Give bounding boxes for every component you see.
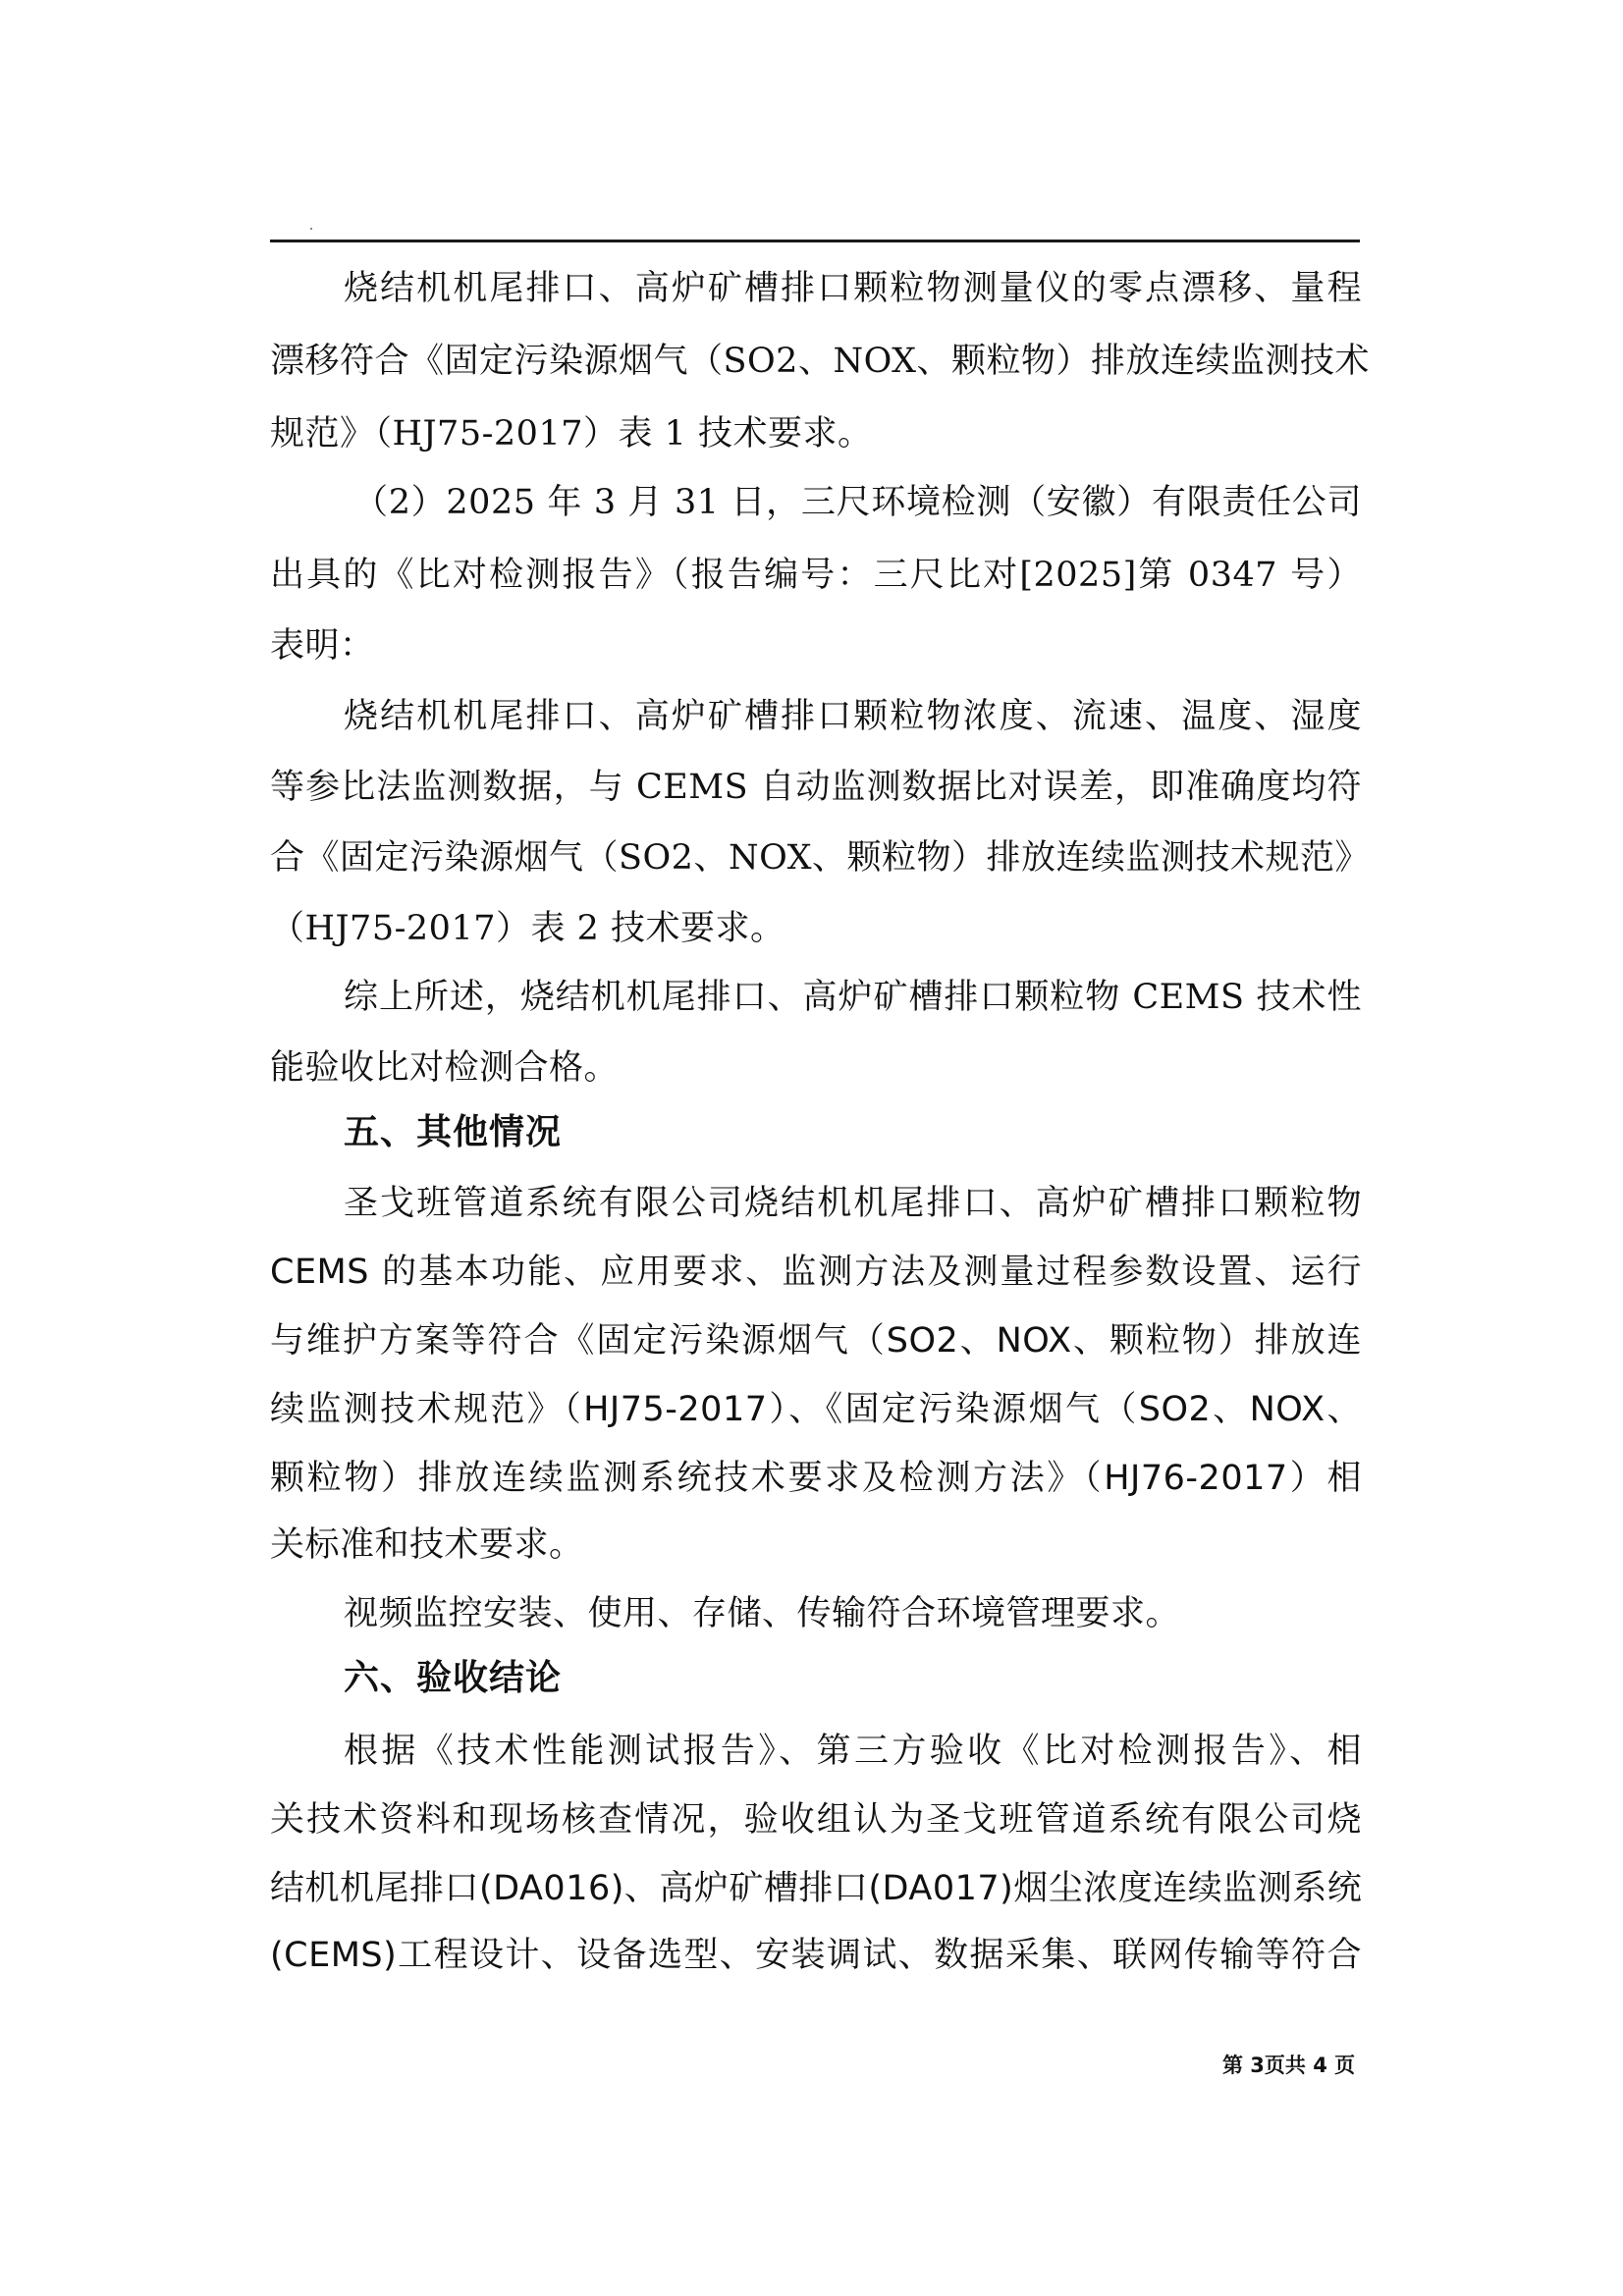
- text-line: 出具的《比对检测报告》（报告编号：三尺比对[2025]第 0347 号）: [270, 554, 1362, 597]
- text-line: 与维护方案等符合《固定污染源烟气（SO2、NOX、颗粒物）排放连: [270, 1319, 1362, 1362]
- text-line: 表明：: [270, 624, 1362, 667]
- text-line: 漂移符合《固定污染源烟气（SO2、NOX、颗粒物）排放连续监测技术: [270, 340, 1362, 383]
- text-line: 视频监控安装、使用、存储、传输符合环境管理要求。: [344, 1592, 1362, 1635]
- section-heading-6: 六、验收结论: [344, 1657, 562, 1700]
- page-number: 第 3页共 4 页: [1222, 2053, 1355, 2078]
- text-line: 规范》（HJ75-2017）表 1 技术要求。: [270, 412, 1362, 455]
- text-line: 根据《技术性能测试报告》、第三方验收《比对检测报告》、相: [344, 1730, 1362, 1773]
- text-line: 颗粒物）排放连续监测系统技术要求及检测方法》（HJ76-2017）相: [270, 1457, 1362, 1500]
- text-line: 等参比法监测数据，与 CEMS 自动监测数据比对误差，即准确度均符: [270, 766, 1362, 809]
- text-line: 烧结机机尾排口、高炉矿槽排口颗粒物测量仪的零点漂移、量程: [344, 267, 1362, 310]
- text-line: 综上所述，烧结机机尾排口、高炉矿槽排口颗粒物 CEMS 技术性: [344, 976, 1362, 1019]
- text-line: CEMS 的基本功能、应用要求、监测方法及测量过程参数设置、运行: [270, 1251, 1362, 1294]
- text-line: 烧结机机尾排口、高炉矿槽排口颗粒物浓度、流速、温度、湿度: [344, 695, 1362, 738]
- document-page: 烧结机机尾排口、高炉矿槽排口颗粒物测量仪的零点漂移、量程 漂移符合《固定污染源烟…: [0, 0, 1623, 2296]
- text-line: 续监测技术规范》（HJ75-2017）、《固定污染源烟气（SO2、NOX、: [270, 1388, 1362, 1431]
- header-rule: [270, 240, 1360, 242]
- text-line: 关技术资料和现场核查情况，验收组认为圣戈班管道系统有限公司烧: [270, 1798, 1362, 1842]
- text-line: (CEMS)工程设计、设备选型、安装调试、数据采集、联网传输等符合: [270, 1934, 1362, 1977]
- text-line: 结机机尾排口(DA016)、高炉矿槽排口(DA017)烟尘浓度连续监测系统: [270, 1867, 1362, 1910]
- text-line: （2）2025 年 3 月 31 日，三尺环境检测（安徽）有限责任公司: [353, 481, 1362, 524]
- text-line: 关标准和技术要求。: [270, 1523, 1362, 1567]
- text-line: 能验收比对检测合格。: [270, 1046, 1362, 1090]
- scan-speck: [310, 228, 312, 230]
- text-line: 圣戈班管道系统有限公司烧结机机尾排口、高炉矿槽排口颗粒物: [344, 1182, 1362, 1225]
- text-line: 合《固定污染源烟气（SO2、NOX、颗粒物）排放连续监测技术规范》: [270, 836, 1362, 880]
- section-heading-5: 五、其他情况: [344, 1111, 562, 1154]
- text-line: （HJ75-2017）表 2 技术要求。: [270, 907, 1362, 950]
